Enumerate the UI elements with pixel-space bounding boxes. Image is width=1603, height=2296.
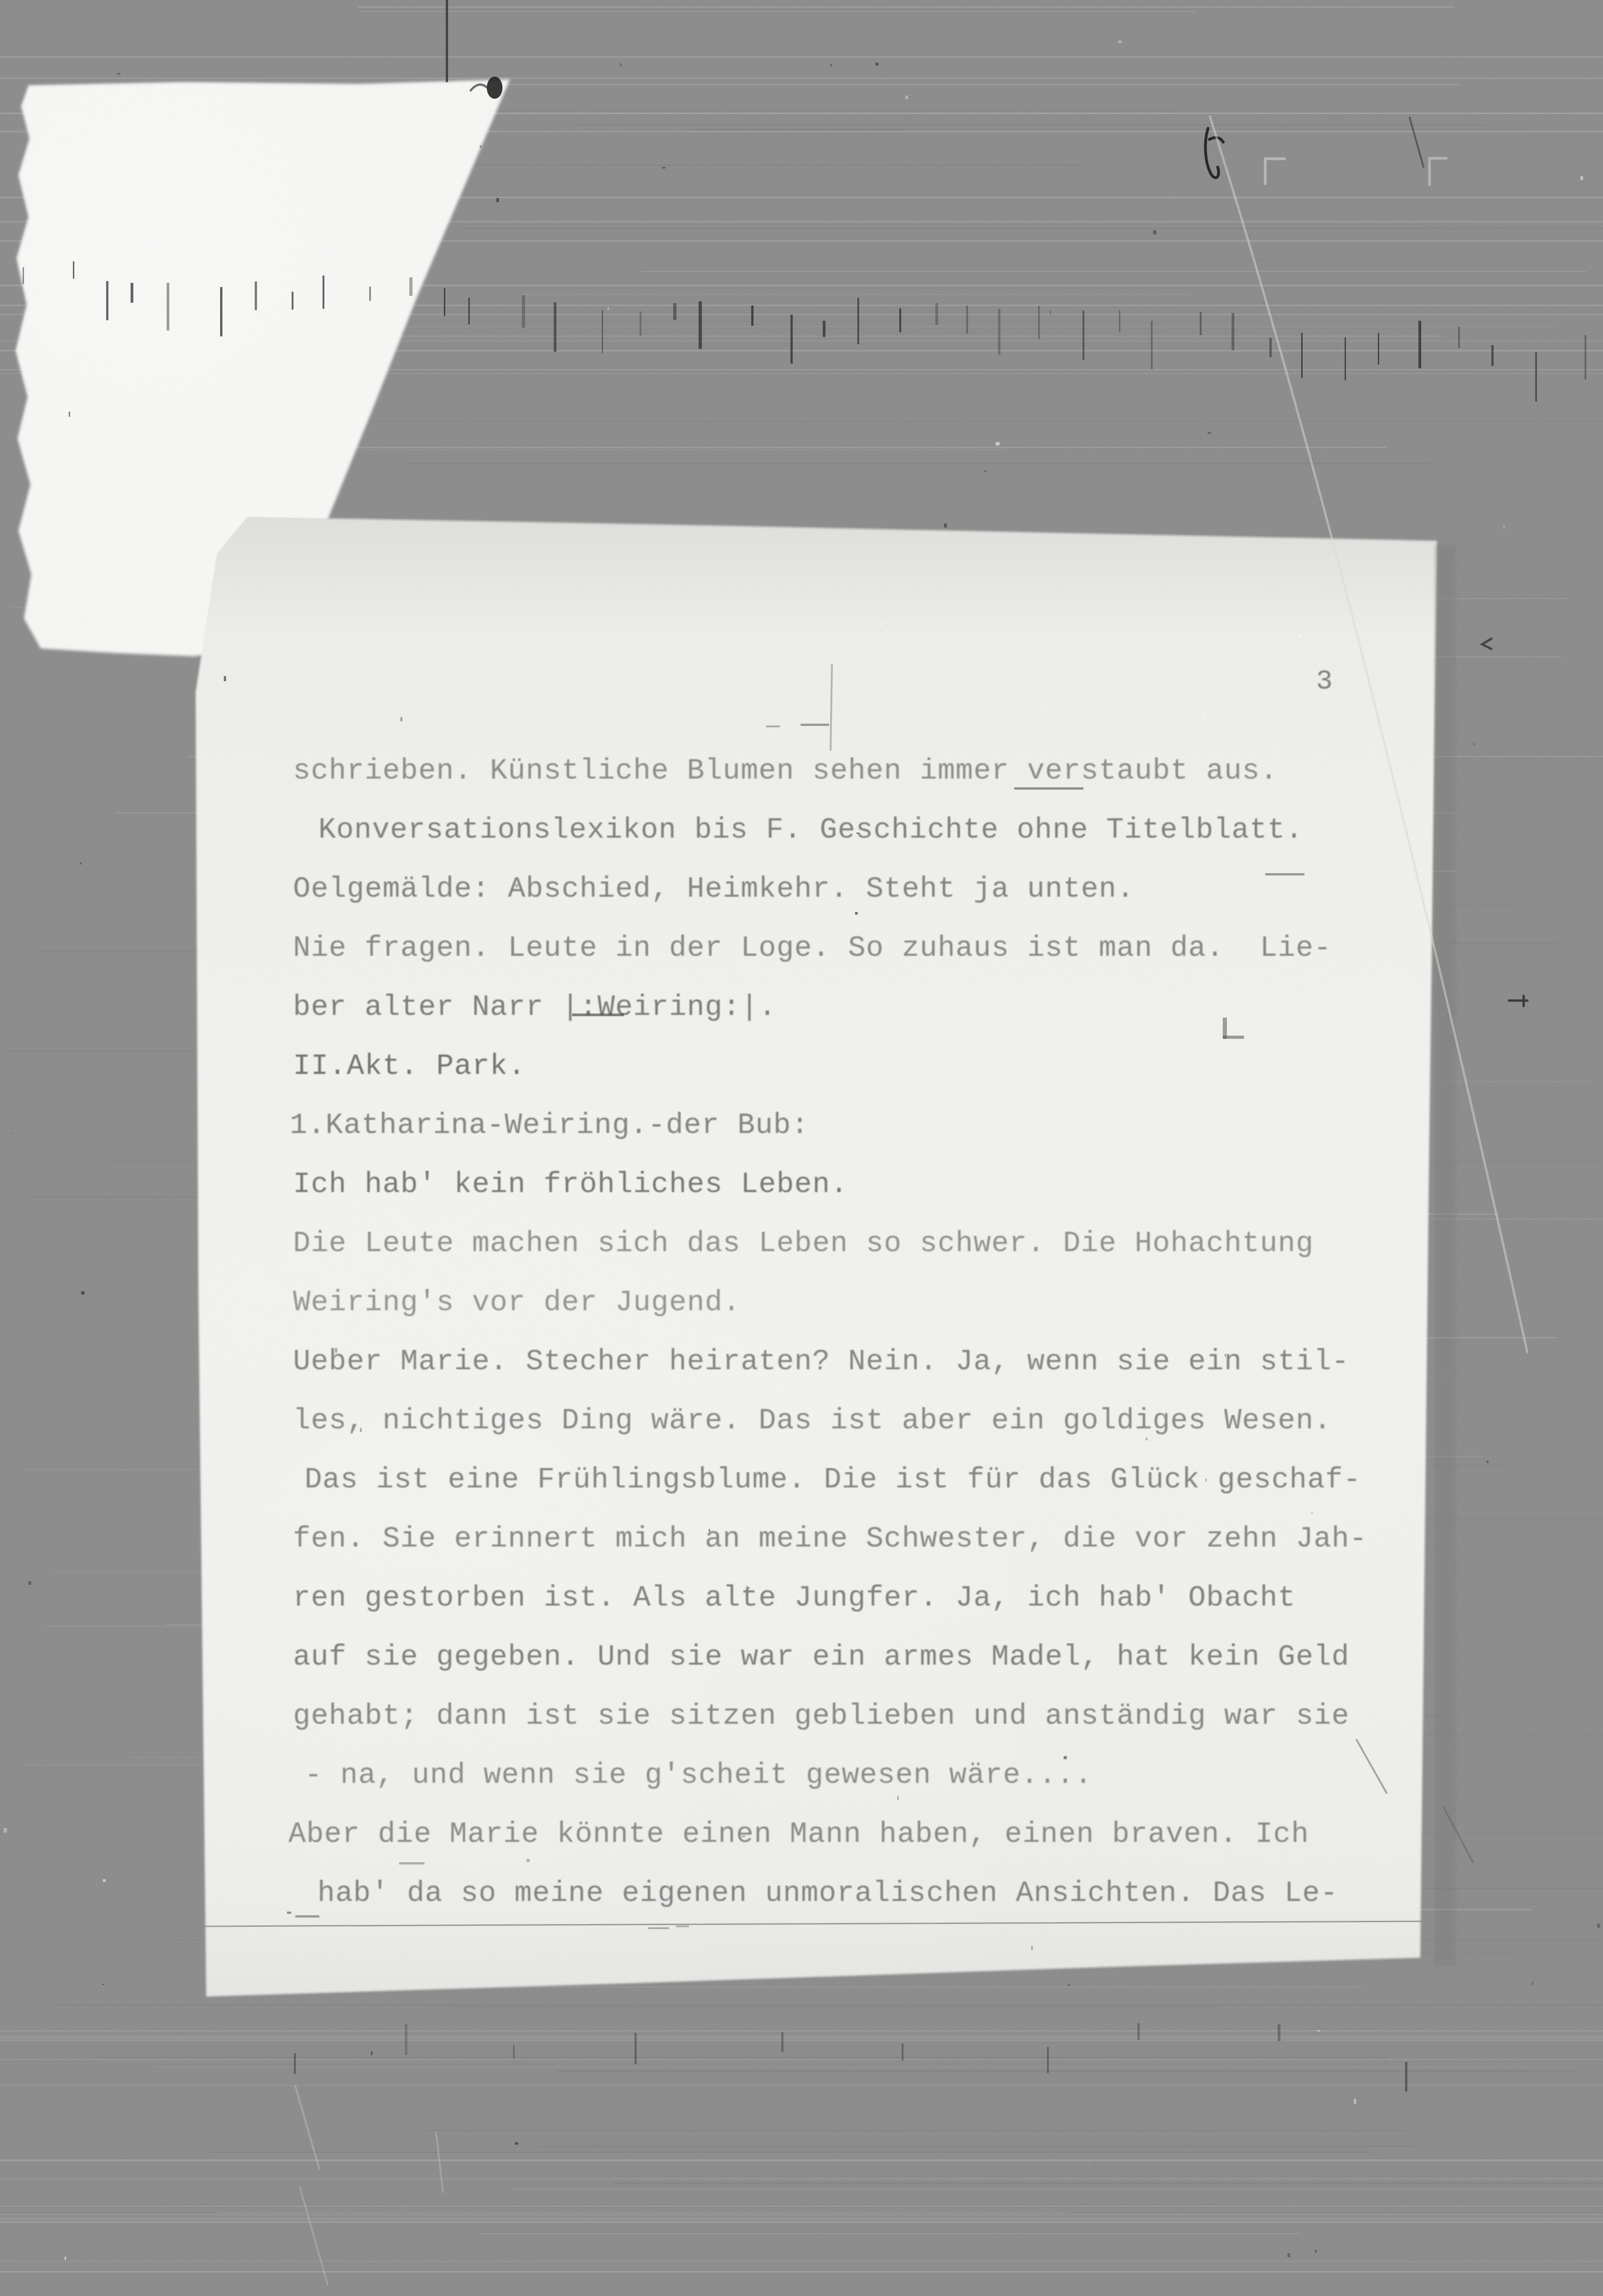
- microfilm-scan: schrieben. Künstliche Blumen sehen immer…: [0, 0, 1603, 2296]
- film-grain-overlay: [0, 0, 1603, 2296]
